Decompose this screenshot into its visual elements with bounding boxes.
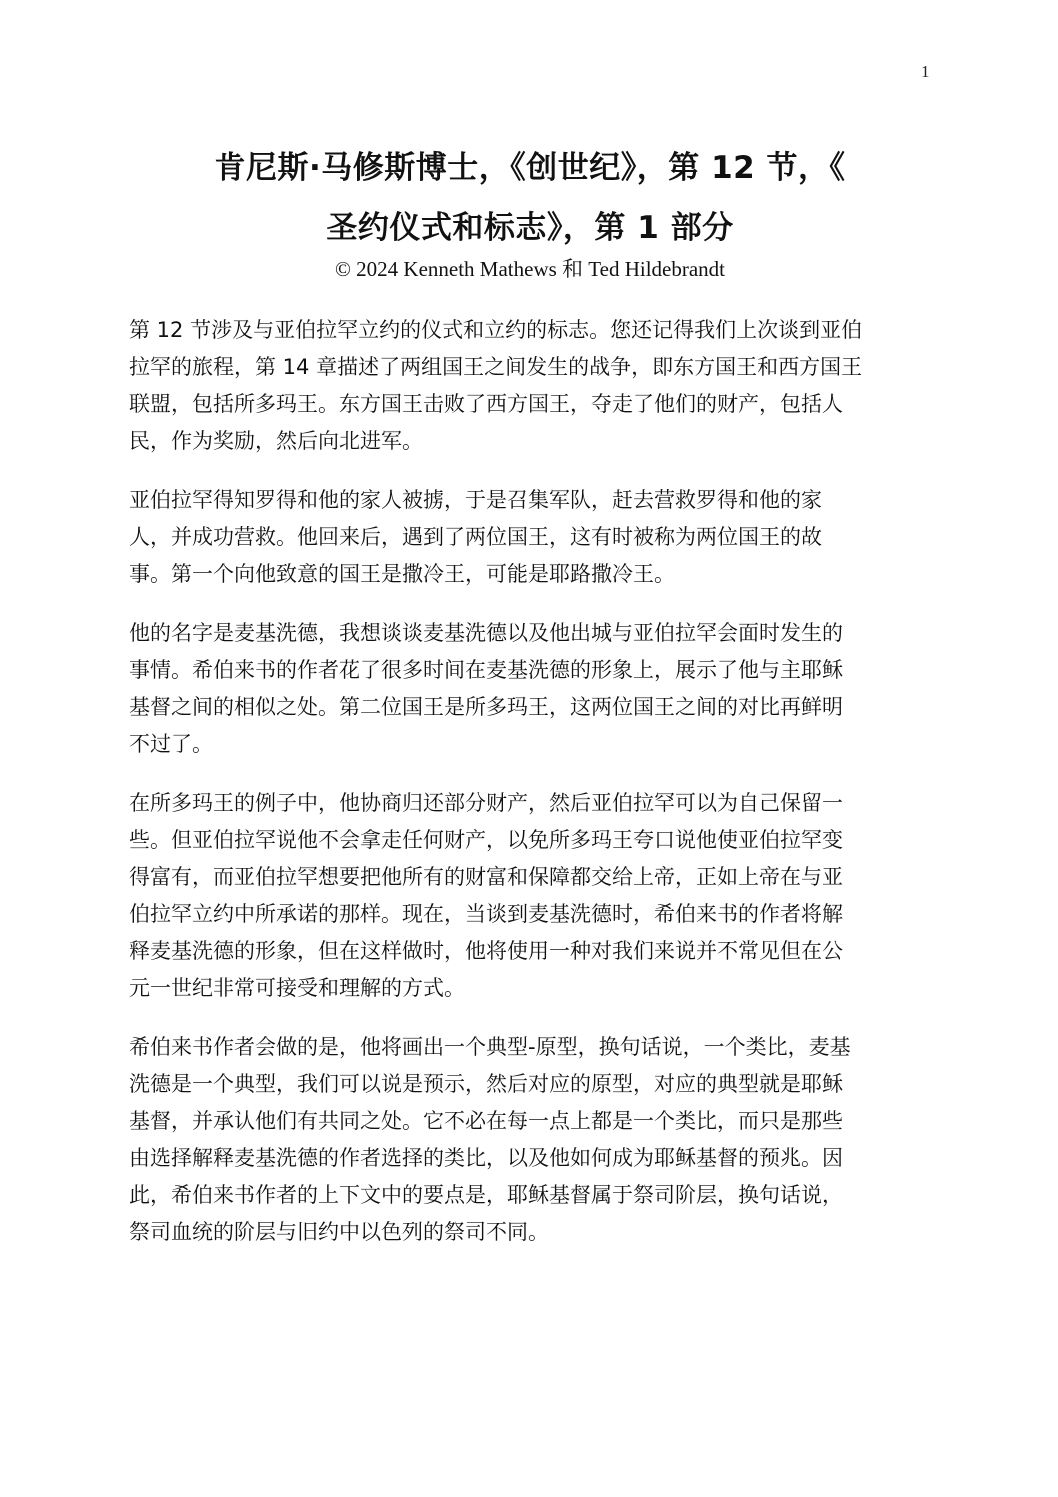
paragraph: 第 12 节涉及与亚伯拉罕立约的仪式和立约的标志。您还记得我们上次谈到亚伯 拉罕… — [129, 312, 929, 460]
text-line: 亚伯拉罕得知罗得和他的家人被掳，于是召集军队，赶去营救罗得和他的家 — [129, 482, 929, 519]
document-body: 第 12 节涉及与亚伯拉罕立约的仪式和立约的标志。您还记得我们上次谈到亚伯 拉罕… — [129, 312, 929, 1273]
text-line: 事。第一个向他致意的国王是撒冷王，可能是耶路撒冷王。 — [129, 556, 929, 593]
page-number: 1 — [921, 62, 930, 82]
text-line: 洗德是一个典型，我们可以说是预示，然后对应的原型，对应的典型就是耶稣 — [129, 1066, 929, 1103]
text-line: 民，作为奖励，然后向北进军。 — [129, 423, 929, 460]
text-line: 此，希伯来书作者的上下文中的要点是，耶稣基督属于祭司阶层，换句话说， — [129, 1177, 929, 1214]
text-line: 伯拉罕立约中所承诺的那样。现在，当谈到麦基洗德时，希伯来书的作者将解 — [129, 896, 929, 933]
text-line: 基督，并承认他们有共同之处。它不必在每一点上都是一个类比，而只是那些 — [129, 1103, 929, 1140]
text-line: 释麦基洗德的形象，但在这样做时，他将使用一种对我们来说并不常见但在公 — [129, 933, 929, 970]
text-line: 事情。希伯来书的作者花了很多时间在麦基洗德的形象上，展示了他与主耶稣 — [129, 652, 929, 689]
copyright-line: © 2024 Kenneth Mathews 和 Ted Hildebrandt — [100, 253, 960, 283]
text-line: 得富有，而亚伯拉罕想要把他所有的财富和保障都交给上帝，正如上帝在与亚 — [129, 859, 929, 896]
text-line: 希伯来书作者会做的是，他将画出一个典型-原型，换句话说，一个类比，麦基 — [129, 1029, 929, 1066]
text-line: 祭司血统的阶层与旧约中以色列的祭司不同。 — [129, 1214, 929, 1251]
text-line: 第 12 节涉及与亚伯拉罕立约的仪式和立约的标志。您还记得我们上次谈到亚伯 — [129, 312, 929, 349]
text-line: 联盟，包括所多玛王。东方国王击败了西方国王，夺走了他们的财产，包括人 — [129, 386, 929, 423]
text-line: 些。但亚伯拉罕说他不会拿走任何财产，以免所多玛王夸口说他使亚伯拉罕变 — [129, 822, 929, 859]
paragraph: 他的名字是麦基洗德，我想谈谈麦基洗德以及他出城与亚伯拉罕会面时发生的 事情。希伯… — [129, 615, 929, 763]
text-line: 基督之间的相似之处。第二位国王是所多玛王，这两位国王之间的对比再鲜明 — [129, 689, 929, 726]
text-line: 在所多玛王的例子中，他协商归还部分财产，然后亚伯拉罕可以为自己保留一 — [129, 785, 929, 822]
title-line: 肯尼斯·马修斯博士，《创世纪》，第 12 节，《 — [100, 138, 960, 198]
text-line: 拉罕的旅程，第 14 章描述了两组国王之间发生的战争，即东方国王和西方国王 — [129, 349, 929, 386]
text-line: 他的名字是麦基洗德，我想谈谈麦基洗德以及他出城与亚伯拉罕会面时发生的 — [129, 615, 929, 652]
text-line: 由选择解释麦基洗德的作者选择的类比，以及他如何成为耶稣基督的预兆。因 — [129, 1140, 929, 1177]
paragraph: 在所多玛王的例子中，他协商归还部分财产，然后亚伯拉罕可以为自己保留一 些。但亚伯… — [129, 785, 929, 1007]
paragraph: 希伯来书作者会做的是，他将画出一个典型-原型，换句话说，一个类比，麦基 洗德是一… — [129, 1029, 929, 1251]
paragraph: 亚伯拉罕得知罗得和他的家人被掳，于是召集军队，赶去营救罗得和他的家 人，并成功营… — [129, 482, 929, 593]
text-line: 人，并成功营救。他回来后，遇到了两位国王，这有时被称为两位国王的故 — [129, 519, 929, 556]
text-line: 不过了。 — [129, 726, 929, 763]
document-title: 肯尼斯·马修斯博士，《创世纪》，第 12 节，《 圣约仪式和标志》，第 1 部分 — [100, 138, 960, 258]
text-line: 元一世纪非常可接受和理解的方式。 — [129, 970, 929, 1007]
title-line: 圣约仪式和标志》，第 1 部分 — [100, 198, 960, 258]
